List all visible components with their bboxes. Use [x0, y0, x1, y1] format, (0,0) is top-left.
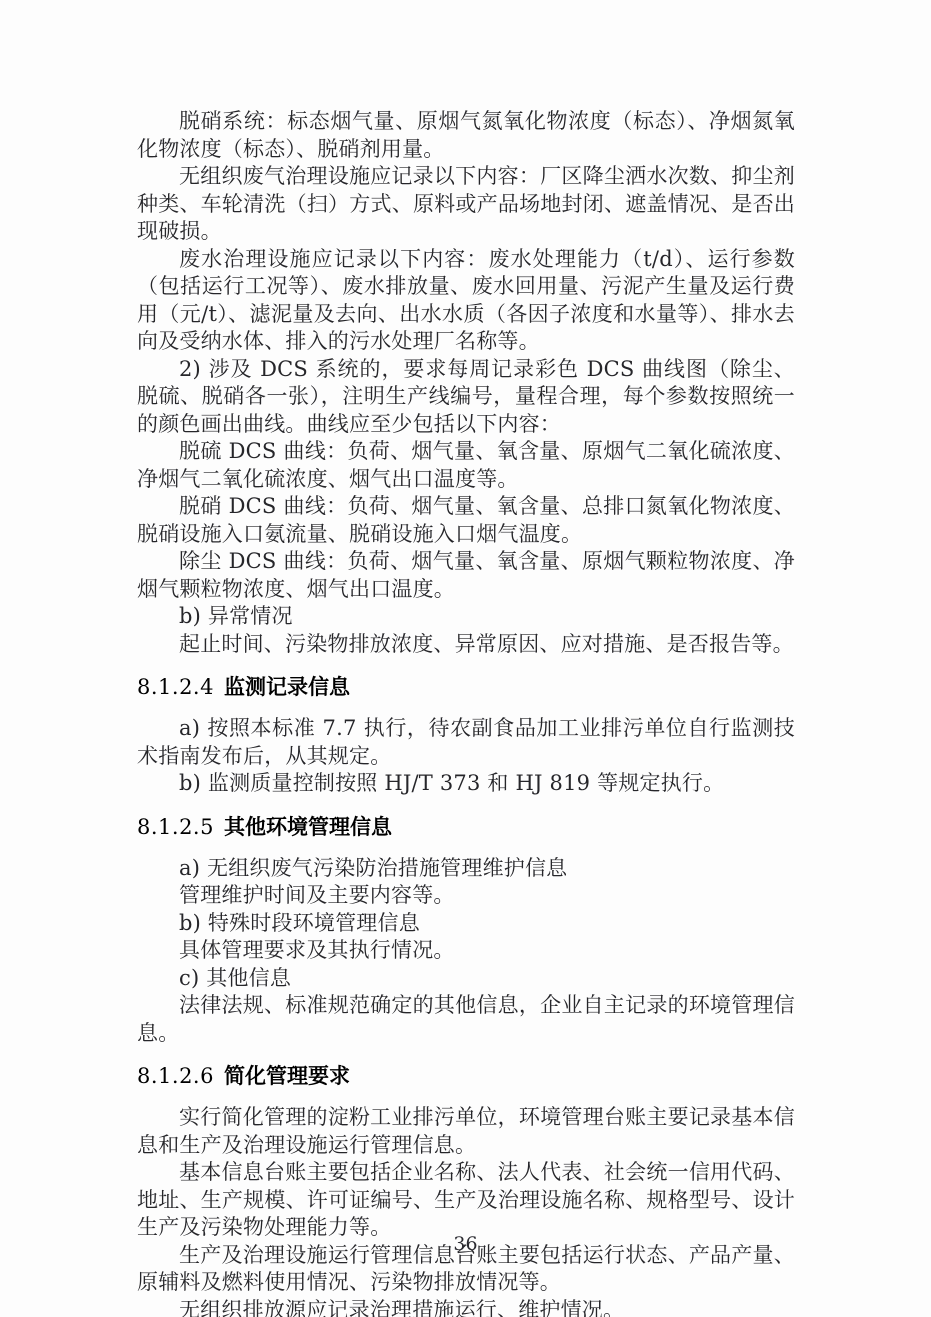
- section-title: 简化管理要求: [224, 1065, 350, 1088]
- paragraph: 法律法规、标准规范确定的其他信息，企业自主记录的环境管理信息。: [137, 992, 795, 1047]
- paragraph: 除尘 DCS 曲线：负荷、烟气量、氧含量、原烟气颗粒物浓度、净烟气颗粒物浓度、烟…: [137, 548, 795, 603]
- section-number: 8.1.2.5: [137, 815, 214, 839]
- paragraph: 起止时间、污染物排放浓度、异常原因、应对措施、是否报告等。: [137, 631, 795, 659]
- document-body: 脱硝系统：标态烟气量、原烟气氮氧化物浓度（标态）、净烟氮氧化物浓度（标态）、脱硝…: [137, 108, 795, 1317]
- paragraph: 2) 涉及 DCS 系统的，要求每周记录彩色 DCS 曲线图（除尘、脱硫、脱硝各…: [137, 356, 795, 439]
- paragraph: a) 按照本标准 7.7 执行，待农副食品加工业排污单位自行监测技术指南发布后，…: [137, 715, 795, 770]
- paragraph: 具体管理要求及其执行情况。: [137, 937, 795, 965]
- section-title: 监测记录信息: [224, 676, 350, 699]
- paragraph: 管理维护时间及主要内容等。: [137, 882, 795, 910]
- paragraph: b) 异常情况: [137, 603, 795, 631]
- section-heading: 8.1.2.5其他环境管理信息: [137, 813, 795, 842]
- paragraph: b) 监测质量控制按照 HJ/T 373 和 HJ 819 等规定执行。: [137, 770, 795, 798]
- page-number: 36: [0, 1233, 931, 1255]
- section-number: 8.1.2.4: [137, 675, 214, 699]
- paragraph: a) 无组织废气污染防治措施管理维护信息: [137, 855, 795, 883]
- paragraph: 无组织废气治理设施应记录以下内容：厂区降尘洒水次数、抑尘剂种类、车轮清洗（扫）方…: [137, 163, 795, 246]
- document-page: 脱硝系统：标态烟气量、原烟气氮氧化物浓度（标态）、净烟氮氧化物浓度（标态）、脱硝…: [0, 0, 931, 1317]
- section-title: 其他环境管理信息: [224, 816, 392, 839]
- paragraph: b) 特殊时段环境管理信息: [137, 910, 795, 938]
- paragraph: 脱硝 DCS 曲线：负荷、烟气量、氧含量、总排口氮氧化物浓度、脱硝设施入口氨流量…: [137, 493, 795, 548]
- section-heading: 8.1.2.6简化管理要求: [137, 1062, 795, 1091]
- paragraph: 基本信息台账主要包括企业名称、法人代表、社会统一信用代码、地址、生产规模、许可证…: [137, 1159, 795, 1242]
- paragraph: c) 其他信息: [137, 965, 795, 993]
- paragraph: 无组织排放源应记录治理措施运行、维护情况。: [137, 1297, 795, 1317]
- paragraph: 脱硫 DCS 曲线：负荷、烟气量、氧含量、原烟气二氧化硫浓度、净烟气二氧化硫浓度…: [137, 438, 795, 493]
- paragraph: 脱硝系统：标态烟气量、原烟气氮氧化物浓度（标态）、净烟氮氧化物浓度（标态）、脱硝…: [137, 108, 795, 163]
- paragraph: 实行简化管理的淀粉工业排污单位，环境管理台账主要记录基本信息和生产及治理设施运行…: [137, 1104, 795, 1159]
- section-heading: 8.1.2.4监测记录信息: [137, 673, 795, 702]
- section-number: 8.1.2.6: [137, 1064, 214, 1088]
- paragraph: 废水治理设施应记录以下内容：废水处理能力（t/d）、运行参数（包括运行工况等）、…: [137, 246, 795, 356]
